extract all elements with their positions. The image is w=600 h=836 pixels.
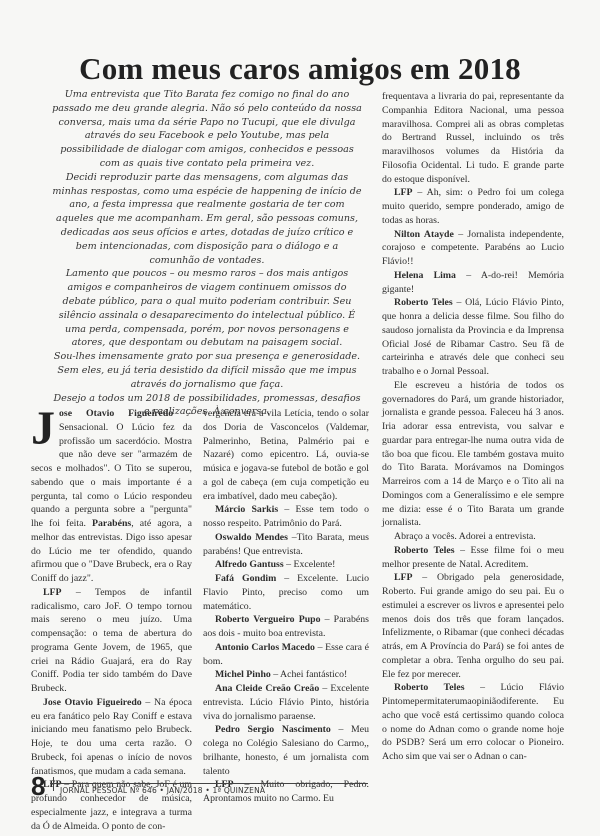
message-paragraph: Pedro Sergio Nascimento – Meu colega no …: [203, 723, 369, 778]
message-paragraph: LFP – Tempos de infantil radicalismo, ca…: [31, 586, 192, 696]
author-name: Nilton Atayde: [394, 229, 454, 240]
message-paragraph: Jose Otavio Figueiredo – Na época eu era…: [31, 696, 192, 779]
author-name: Pedro Sergio Nascimento: [215, 724, 331, 735]
author-name: Antonio Carlos Macedo: [215, 642, 315, 653]
message-paragraph: Márcio Sarkis – Esse tem todo o nosso re…: [203, 503, 369, 531]
footer-divider: [53, 777, 54, 791]
author-name: ose Otavio Figueiredo: [59, 408, 173, 419]
message-paragraph: LFP – Ah, sim: o Pedro foi um colega mui…: [382, 186, 564, 227]
message-paragraph: Roberto Teles – Olá, Lúcio Flávio Pinto,…: [382, 296, 564, 379]
message-paragraph: Michel Pinho – Achei fantástico!: [203, 668, 369, 682]
message-paragraph: vergência era a vila Letícia, tendo o so…: [203, 407, 369, 503]
article-title: Com meus caros amigos em 2018: [0, 51, 600, 87]
author-name: Roberto Vergueiro Pupo: [215, 614, 320, 625]
author-name: Roberto Teles: [394, 545, 455, 556]
author-name: LFP: [394, 187, 413, 198]
message-paragraph: Fafá Gondim – Excelente. Lucio Flavio Pi…: [203, 572, 369, 613]
author-name: Márcio Sarkis: [215, 504, 278, 515]
drop-cap: J: [31, 409, 55, 449]
author-name: Michel Pinho: [215, 669, 271, 680]
intro-paragraph: Uma entrevista que Tito Barata fez comig…: [52, 88, 362, 171]
message-text: – Obrigado pela generosidade, Roberto. F…: [382, 572, 564, 679]
message-text: – Sensacional. O Lúcio fez da profissão …: [31, 408, 192, 529]
footer-rule: [50, 783, 368, 784]
message-text: – Tempos de infantil radicalismo, caro J…: [31, 587, 192, 694]
intro-paragraph: Decidi reproduzir parte das mensagens, c…: [52, 171, 362, 268]
intro-paragraph: Sou-lhes imensamente grato por sua prese…: [52, 350, 362, 391]
message-text: frequentava a livraria do pai, represent…: [382, 91, 564, 185]
author-name: LFP: [394, 572, 413, 583]
message-text: – Olá, Lúcio Flávio Pinto, que honra a d…: [382, 297, 564, 377]
message-paragraph: frequentava a livraria do pai, represent…: [382, 90, 564, 186]
author-name: LFP: [43, 587, 62, 598]
message-text: vergência era a vila Letícia, tendo o so…: [203, 408, 369, 502]
message-paragraph: Abraço a vocês. Adorei a entrevista.: [382, 530, 564, 544]
message-text: – Lúcio Flávio Pintomepermitaterumaopini…: [382, 682, 564, 762]
article-intro: Uma entrevista que Tito Barata fez comig…: [52, 88, 362, 419]
message-text: – Excelente!: [284, 559, 336, 570]
author-name: Oswaldo Mendes: [215, 532, 288, 543]
message-paragraph: Ele escreveu a história de todos os gove…: [382, 379, 564, 530]
message-text: Abraço a vocês. Adorei a entrevista.: [394, 531, 536, 542]
message-paragraph: Antonio Carlos Macedo – Esse cara é bom.: [203, 641, 369, 669]
author-name: Jose Otavio Figueiredo: [43, 697, 142, 708]
publication-info: JORNAL PESSOAL Nº 646 • JAN/2018 • 1ª QU…: [60, 786, 265, 795]
message-paragraph: Roberto Teles – Lúcio Flávio Pintomeperm…: [382, 681, 564, 764]
message-paragraph: Jose Otavio Figueiredo – Sensacional. O …: [31, 407, 192, 586]
author-name: Roberto Teles: [394, 682, 465, 693]
message-paragraph: Alfredo Gantuss – Excelente!: [203, 558, 369, 572]
message-paragraph: Ana Cleide Creão Creão – Excelente entre…: [203, 682, 369, 723]
text-column-2: vergência era a vila Letícia, tendo o so…: [203, 407, 369, 806]
message-paragraph: Roberto Vergueiro Pupo – Parabéns aos do…: [203, 613, 369, 641]
author-name: Alfredo Gantuss: [215, 559, 284, 570]
message-paragraph: LFP – Obrigado pela generosidade, Robert…: [382, 571, 564, 681]
message-text: – Na época eu era fanático pelo Ray Coni…: [31, 697, 192, 777]
text-column-1: Jose Otavio Figueiredo – Sensacional. O …: [31, 407, 192, 833]
message-paragraph: Helena Lima – A-do-rei! Memória gigante!: [382, 269, 564, 297]
message-paragraph: Oswaldo Mendes –Tito Barata, meus parabé…: [203, 531, 369, 559]
message-paragraph: Roberto Teles – Esse filme foi o meu mel…: [382, 544, 564, 572]
emphasis-text: Parabéns: [92, 518, 131, 529]
author-name: Fafá Gondim: [215, 573, 276, 584]
intro-paragraph: Lamento que poucos – ou mesmo raros – do…: [52, 267, 362, 350]
text-column-3: frequentava a livraria do pai, represent…: [382, 90, 564, 764]
author-name: Helena Lima: [394, 270, 456, 281]
author-name: Ana Cleide Creão Creão: [215, 683, 319, 694]
author-name: Roberto Teles: [394, 297, 453, 308]
message-text: – Achei fantástico!: [271, 669, 347, 680]
page-number: 8: [31, 771, 45, 802]
message-text: Ele escreveu a história de todos os gove…: [382, 380, 564, 529]
page-footer: 8 JORNAL PESSOAL Nº 646 • JAN/2018 • 1ª …: [31, 775, 369, 799]
message-paragraph: Nilton Atayde – Jornalista independente,…: [382, 228, 564, 269]
